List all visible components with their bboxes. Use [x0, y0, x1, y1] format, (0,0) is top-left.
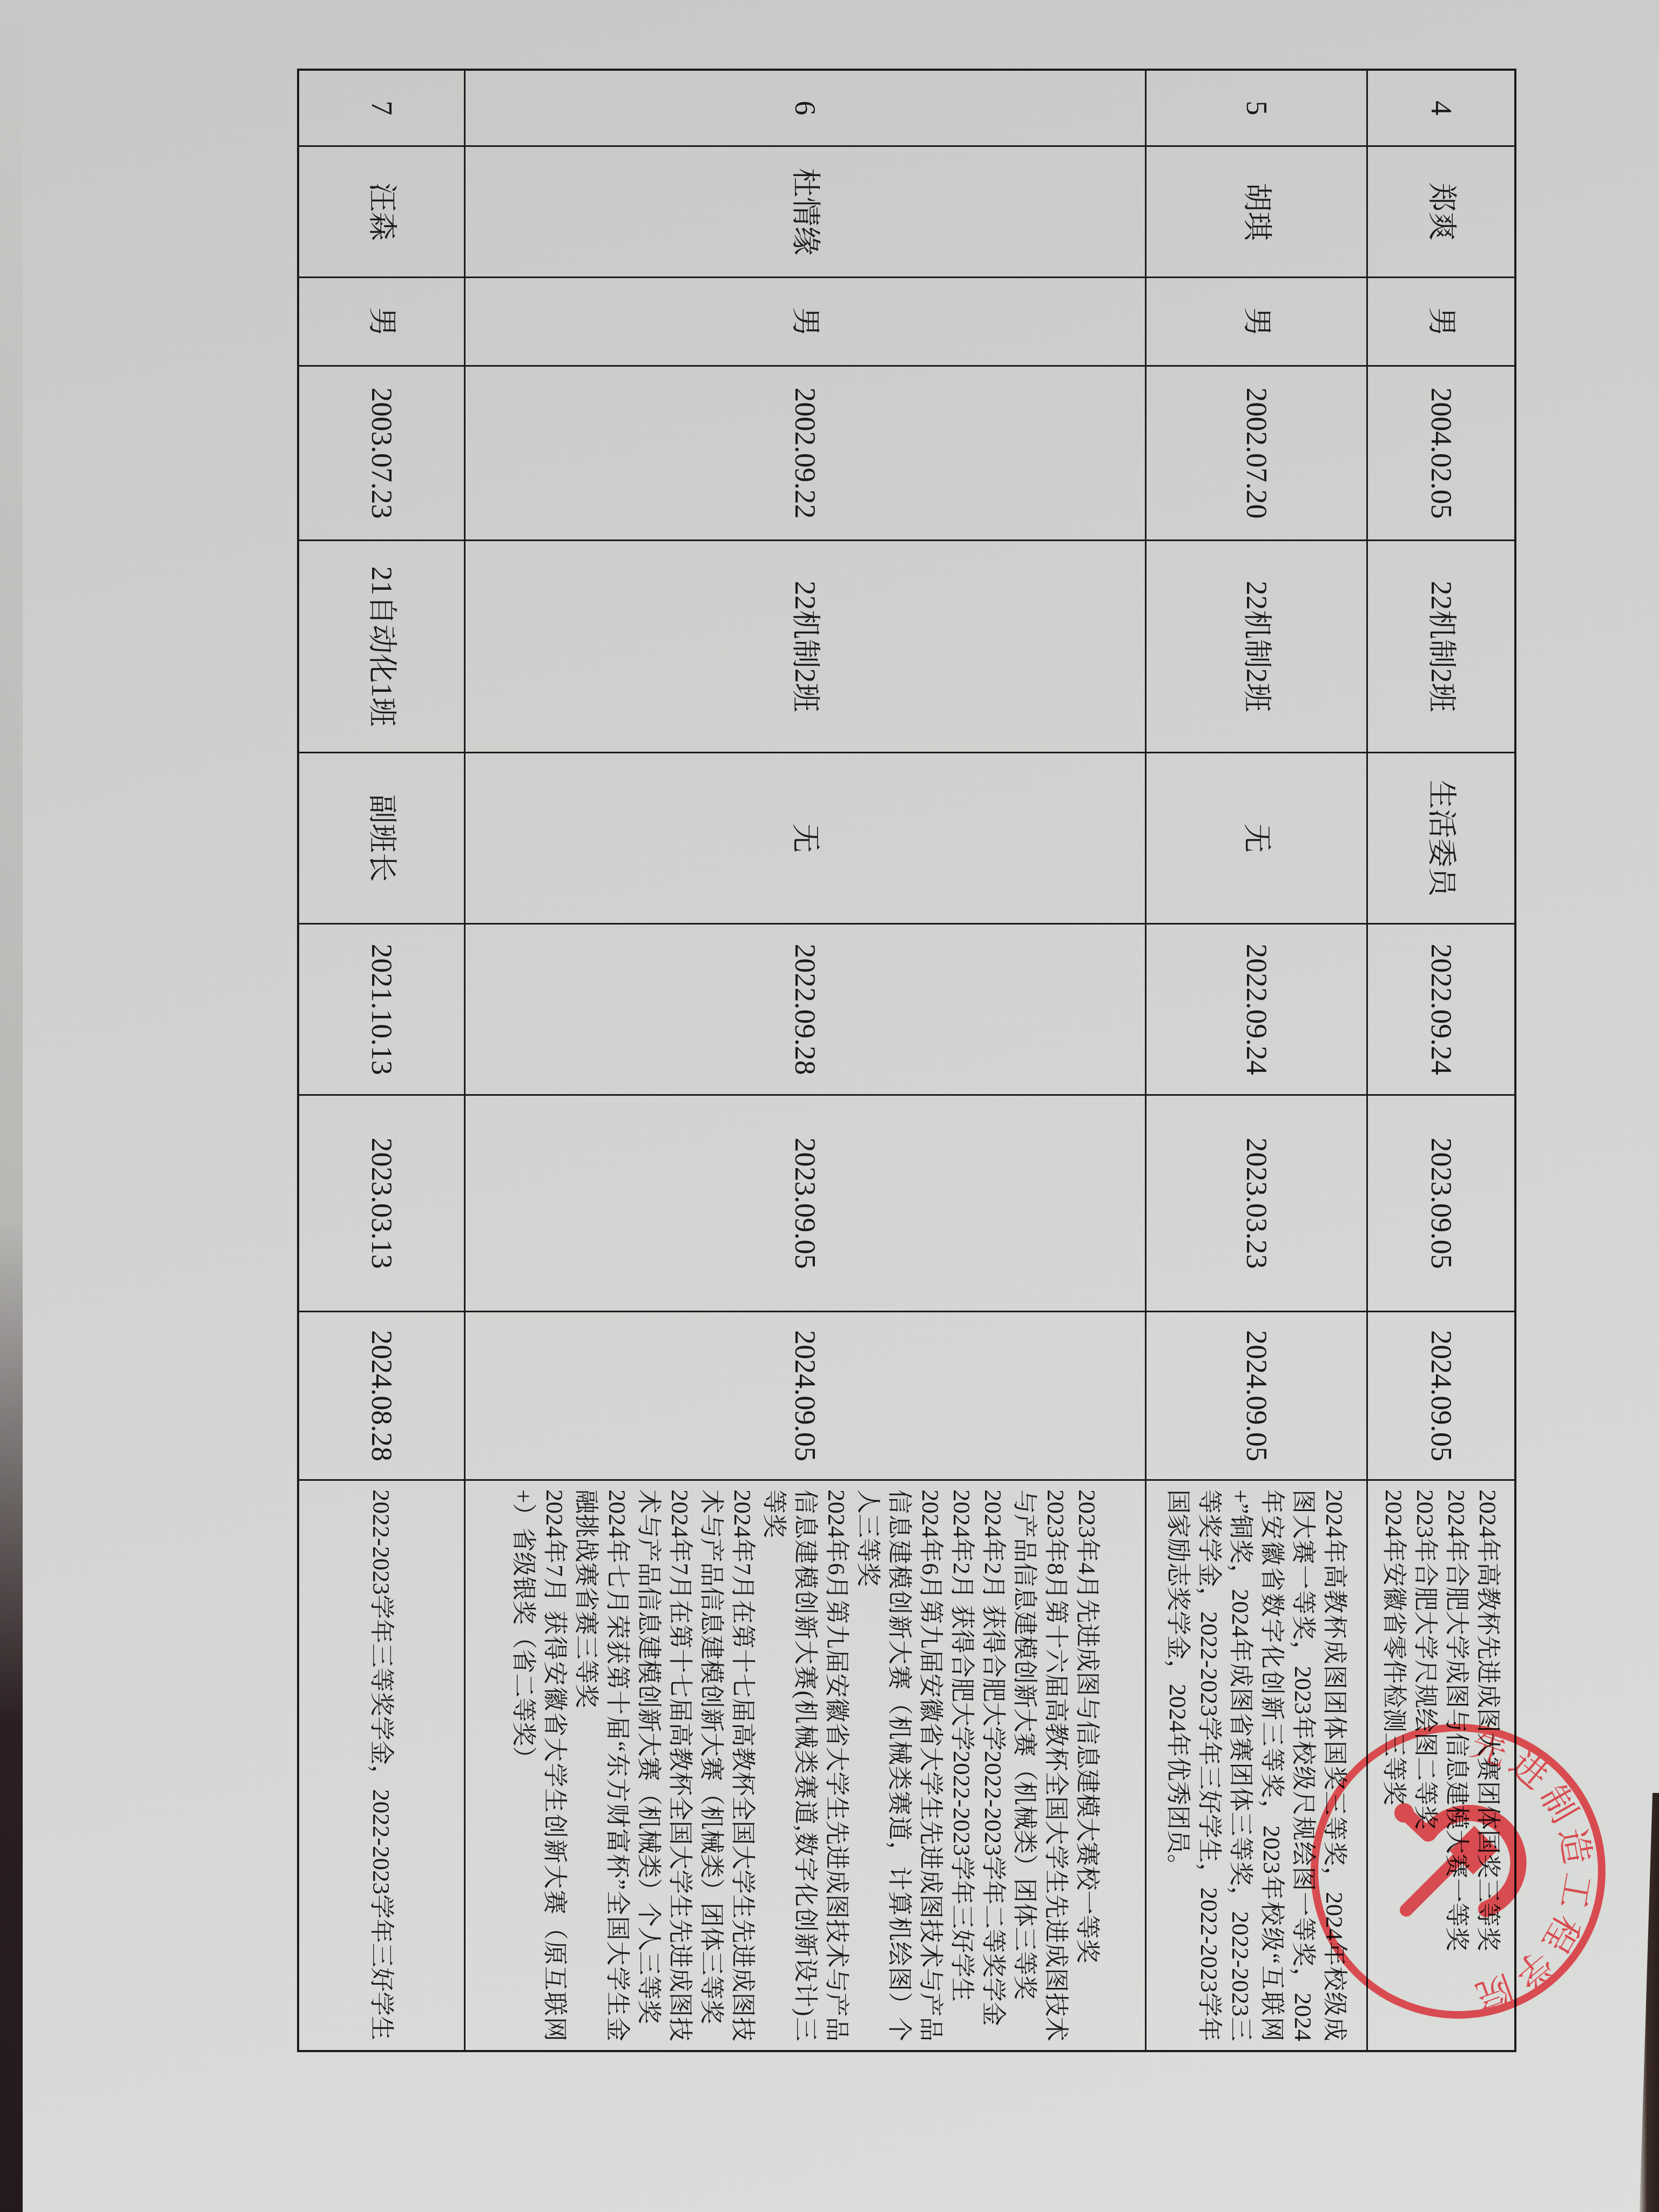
- cell-birth-date: 2002.07.20: [1147, 365, 1368, 539]
- cell-position: 副班长: [299, 752, 466, 923]
- cell-position: 生活委员: [1368, 752, 1514, 923]
- award-item: 2024年2月 获得合肥大学2022-2023学年三好学生: [946, 1489, 977, 2041]
- cell-name: 胡琪: [1147, 145, 1368, 276]
- cell-date-2: 2023.03.23: [1147, 1094, 1368, 1311]
- cell-date-1: 2022.09.28: [466, 923, 1147, 1094]
- cell-gender: 男: [1368, 276, 1514, 365]
- desk-edge-left: [0, 0, 23, 2212]
- award-item: 2024年高教杯先进成图大赛团体国奖三等奖: [1473, 1489, 1504, 2041]
- award-item: 2024年合肥大学成图与信息建模大赛一等奖: [1441, 1489, 1473, 2041]
- cell-name: 杜情缘: [466, 145, 1147, 276]
- award-item: 2022-2023学年三等奖学金，2022-2023学年三好学生: [366, 1489, 397, 2041]
- cell-gender: 男: [466, 276, 1147, 365]
- cell-position: 无: [1147, 752, 1368, 923]
- cell-date-1: 2022.09.24: [1147, 923, 1368, 1094]
- cell-class: 22机制2班: [1368, 539, 1514, 752]
- cell-awards: 2022-2023学年三等奖学金，2022-2023学年三好学生: [299, 1479, 466, 2050]
- cell-awards: 2024年高教杯先进成图大赛团体国奖三等奖 2024年合肥大学成图与信息建模大赛…: [1368, 1479, 1514, 2050]
- award-item: 2024年7月在第十七届高教杯全国大学生先进成图技术与产品信息建模创新大赛（机械…: [696, 1489, 758, 2041]
- award-item: 2024年七月荣获第十届“东方财富杯”全国大学生金融挑战赛省赛三等奖: [570, 1489, 633, 2041]
- cell-birth-date: 2003.07.23: [299, 365, 466, 539]
- award-record-table: 4 郑爽 男 2004.02.05 22机制2班 生活委员 2022.09.24…: [297, 69, 1516, 2052]
- cell-date-1: 2021.10.13: [299, 923, 466, 1094]
- award-item: 2023年8月第十六届高教杯全国大学生先进成图技术与产品信息建模创新大赛（机械类…: [1009, 1489, 1071, 2041]
- award-item: 2024年安徽省零件检测三等奖: [1379, 1489, 1410, 2041]
- cell-gender: 男: [1147, 276, 1368, 365]
- cell-date-2: 2023.03.13: [299, 1094, 466, 1311]
- cell-birth-date: 2004.02.05: [1368, 365, 1514, 539]
- cell-name: 郑爽: [1368, 145, 1514, 276]
- award-item: 2024年6月第九届安徽省大学生先进成图技术与产品信息建模创新大赛(机械类赛道,…: [758, 1489, 852, 2041]
- cell-no: 6: [466, 71, 1147, 145]
- award-item: 2024年6月第九届安徽省大学生先进成图技术与产品信息建模创新大赛（机械类赛道，…: [852, 1489, 946, 2041]
- cell-no: 4: [1368, 71, 1514, 145]
- award-item: 2024年7月 获得安徽省大学生创新大赛（原互联网+）省级银奖（省二等奖）: [508, 1489, 570, 2041]
- cell-class: 21自动化1班: [299, 539, 466, 752]
- cell-no: 5: [1147, 71, 1368, 145]
- cell-awards: 2023年4月先进成图与信息建模大赛校一等奖 2023年8月第十六届高教杯全国大…: [466, 1479, 1147, 2050]
- cell-date-1: 2022.09.24: [1368, 923, 1514, 1094]
- cell-position: 无: [466, 752, 1147, 923]
- cell-no: 7: [299, 71, 466, 145]
- desk-edge-right: [1637, 1793, 1659, 2212]
- cell-date-3: 2024.09.05: [1147, 1311, 1368, 1479]
- cell-name: 汪森: [299, 145, 466, 276]
- cell-class: 22机制2班: [466, 539, 1147, 752]
- cell-gender: 男: [299, 276, 466, 365]
- cell-class: 22机制2班: [1147, 539, 1368, 752]
- cell-date-3: 2024.09.05: [466, 1311, 1147, 1479]
- award-item: 2024年7月在第十七届高教杯全国大学生先进成图技术与产品信息建模创新大赛（机械…: [633, 1489, 696, 2041]
- cell-birth-date: 2002.09.22: [466, 365, 1147, 539]
- award-item: 2023年合肥大学尺规绘图二等奖: [1410, 1489, 1441, 2041]
- document-table-rotated: 4 郑爽 男 2004.02.05 22机制2班 生活委员 2022.09.24…: [297, 69, 1516, 2052]
- cell-date-2: 2023.09.05: [466, 1094, 1147, 1311]
- award-item: 2024年高教杯成图团体国奖三等奖，2024年校级成图大赛一等奖，2023年校级…: [1163, 1489, 1351, 2041]
- award-item: 2024年2月 获得合肥大学2022-2023学年二等奖学金: [977, 1489, 1009, 2041]
- award-item: 2023年4月先进成图与信息建模大赛校一等奖: [1071, 1489, 1103, 2041]
- cell-date-3: 2024.08.28: [299, 1311, 466, 1479]
- cell-awards: 2024年高教杯成图团体国奖三等奖，2024年校级成图大赛一等奖，2023年校级…: [1147, 1479, 1368, 2050]
- cell-date-2: 2023.09.05: [1368, 1094, 1514, 1311]
- cell-date-3: 2024.09.05: [1368, 1311, 1514, 1479]
